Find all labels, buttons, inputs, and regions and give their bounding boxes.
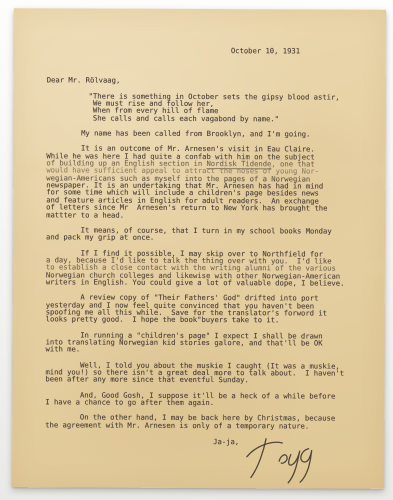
paragraph-muskie: Well, I told you about the muskie I caug… bbox=[45, 361, 364, 384]
handwritten-signature bbox=[236, 428, 354, 491]
paragraph-brooklyn: My name has been called from Brooklyn, a… bbox=[46, 129, 365, 138]
letter-body: October 10, 1931 Dear Mr. Rölvaag, "Ther… bbox=[12, 8, 386, 489]
salutation: Dear Mr. Rölvaag, bbox=[47, 77, 366, 86]
paragraph-christmas: On the other hand, I may be back here by… bbox=[45, 414, 364, 430]
paragraph-good-gosh: And, Good Gosh, I suppose it'll be a hec… bbox=[45, 391, 364, 407]
opening-poem-quote: "There is something in October sets the … bbox=[89, 92, 366, 123]
paragraph-northfield: If I find it possible, I may skip over t… bbox=[46, 249, 365, 287]
paragraph-arnesen-visit-text-cont: , one that would have sufficient appeal … bbox=[46, 159, 327, 219]
paragraph-school-books: It means, of course, that I turn in my s… bbox=[46, 226, 365, 242]
letter-paper: October 10, 1931 Dear Mr. Rölvaag, "Ther… bbox=[12, 8, 386, 489]
paragraph-review-copy: A review copy of "Their Fathers' God" dr… bbox=[46, 294, 365, 325]
letter-date: October 10, 1931 bbox=[231, 47, 366, 55]
paragraph-childrens-page: In running a "children's page" I expect … bbox=[46, 331, 365, 354]
paragraph-arnesen-visit: It is an outcome of Mr. Arnesen's visit … bbox=[46, 145, 365, 220]
